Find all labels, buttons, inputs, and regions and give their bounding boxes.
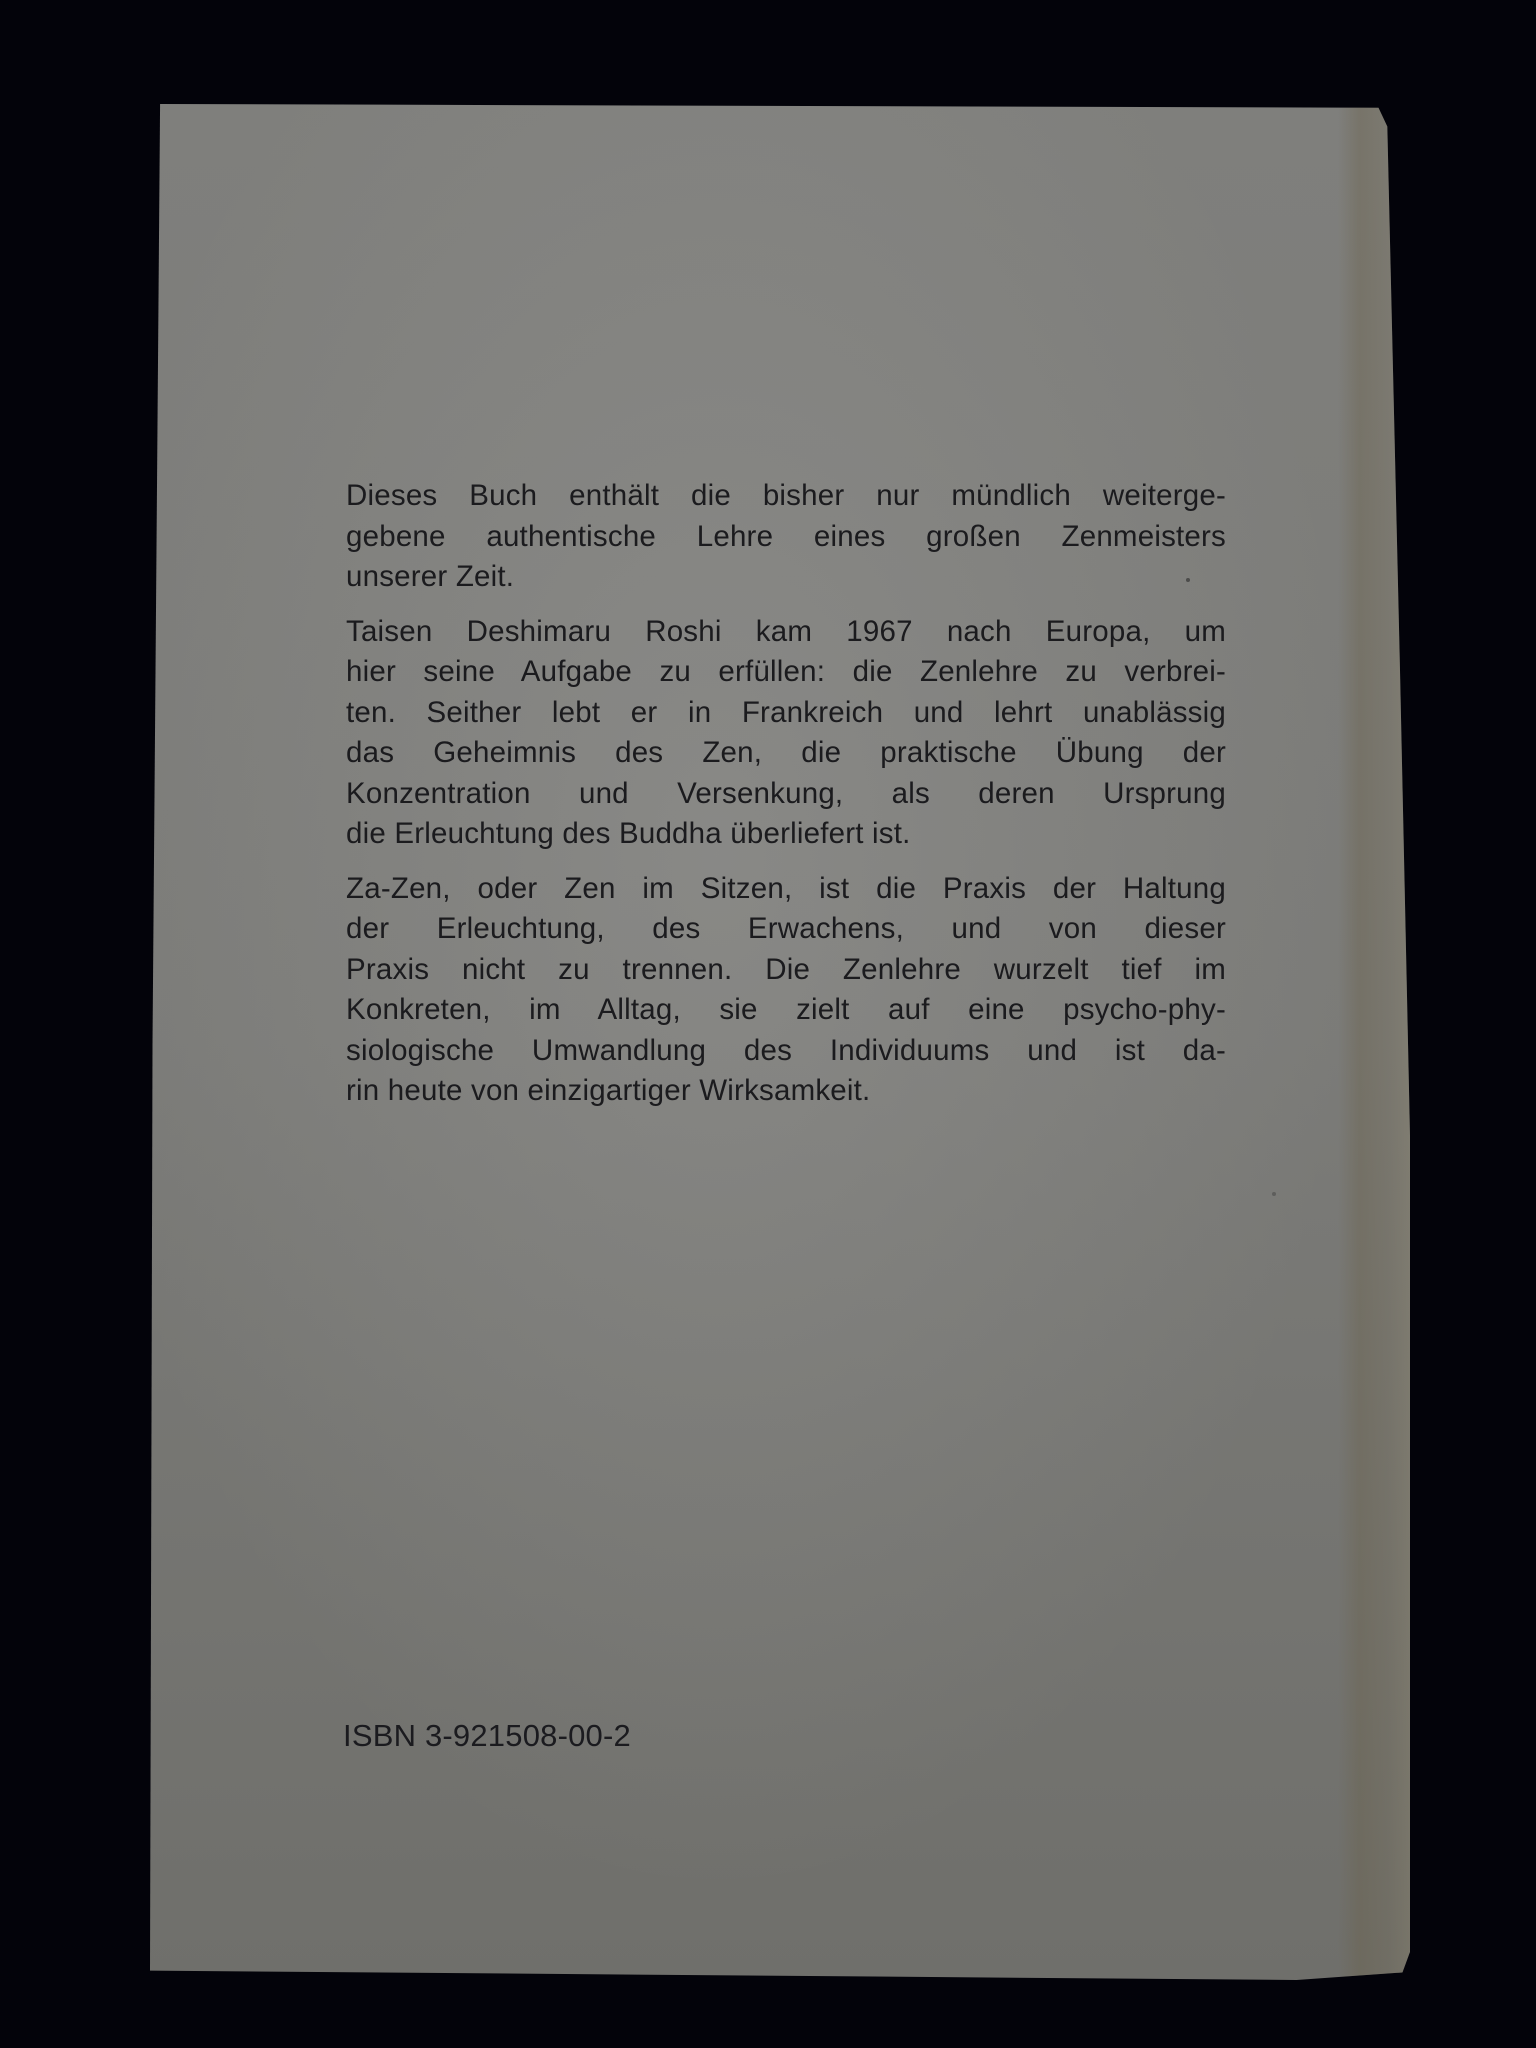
isbn-number: ISBN 3-921508-00-2 <box>343 1718 631 1754</box>
cover-blurb: Dieses Buch enthält die bisher nur mündl… <box>346 476 1226 1126</box>
cover-speck <box>1186 578 1190 582</box>
book-spine-edge <box>1338 104 1410 1980</box>
blurb-line: Taisen Deshimaru Roshi kam 1967 nach Eur… <box>346 612 1226 653</box>
cover-speck <box>1272 1192 1276 1196</box>
blurb-paragraph-1: Dieses Buch enthält die bisher nur mündl… <box>346 476 1226 598</box>
blurb-paragraph-3: Za-Zen, oder Zen im Sitzen, ist die Prax… <box>346 869 1226 1112</box>
blurb-line: die Erleuchtung des Buddha überliefert i… <box>346 814 1226 855</box>
blurb-line: ten. Seither lebt er in Frankreich und l… <box>346 693 1226 734</box>
blurb-line: siologische Umwandlung des Individuums u… <box>346 1031 1226 1072</box>
blurb-line: Praxis nicht zu trennen. Die Zenlehre wu… <box>346 950 1226 991</box>
book-back-cover: Dieses Buch enthält die bisher nur mündl… <box>150 104 1410 1980</box>
blurb-line: Dieses Buch enthält die bisher nur mündl… <box>346 476 1226 517</box>
blurb-paragraph-2: Taisen Deshimaru Roshi kam 1967 nach Eur… <box>346 612 1226 855</box>
blurb-line: der Erleuchtung, des Erwachens, und von … <box>346 909 1226 950</box>
blurb-line: hier seine Aufgabe zu erfüllen: die Zenl… <box>346 652 1226 693</box>
blurb-line: Za-Zen, oder Zen im Sitzen, ist die Prax… <box>346 869 1226 910</box>
blurb-line: das Geheimnis des Zen, die praktische Üb… <box>346 733 1226 774</box>
blurb-line: Konzentration und Versenkung, als deren … <box>346 774 1226 815</box>
blurb-line: rin heute von einzigartiger Wirksamkeit. <box>346 1071 1226 1112</box>
blurb-line: unserer Zeit. <box>346 557 1226 598</box>
blurb-line: Konkreten, im Alltag, sie zielt auf eine… <box>346 990 1226 1031</box>
blurb-line: gebene authentische Lehre eines großen Z… <box>346 517 1226 558</box>
